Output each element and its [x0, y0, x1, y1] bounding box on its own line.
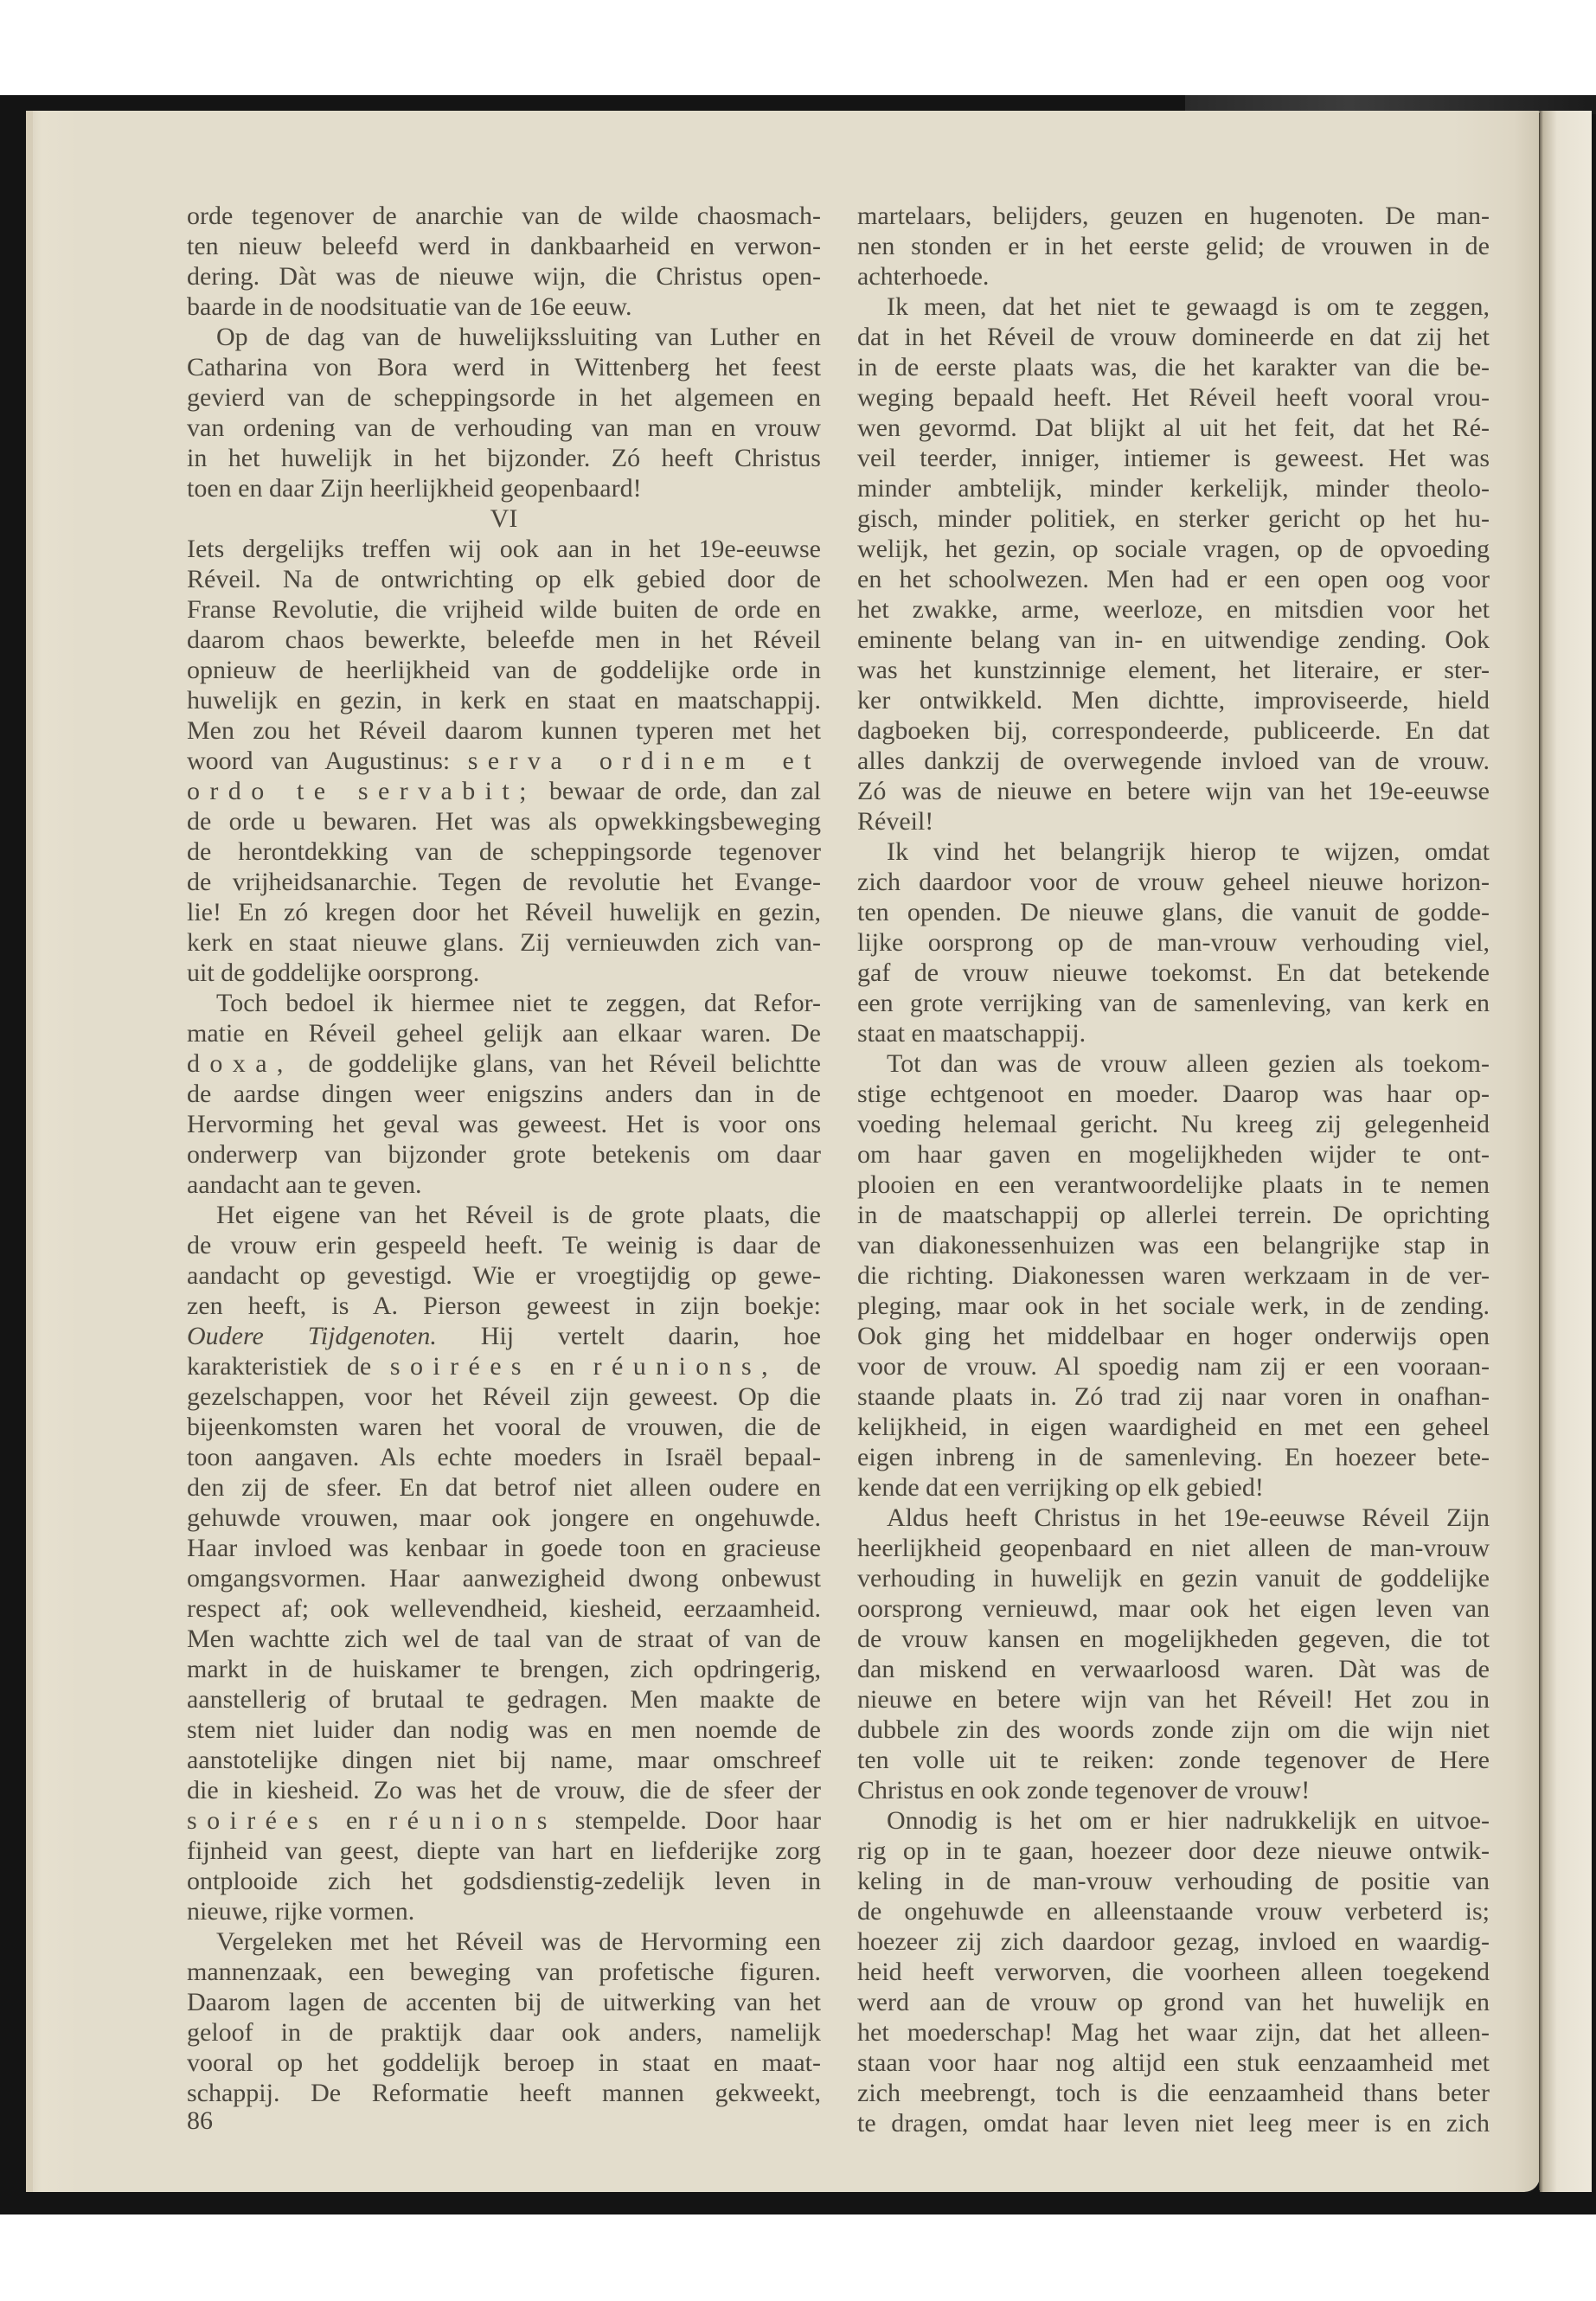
text-line: Tot dan was de vrouw alleen gezien als t…	[857, 1048, 1490, 1079]
text-line: een grote verrijking van de samenleving,…	[857, 988, 1490, 1018]
text-line: Aldus heeft Christus in het 19e-eeuwse R…	[857, 1503, 1490, 1533]
text-line: wen gevormd. Dat blijkt al uit het feit,…	[857, 413, 1490, 443]
text-line: respect af; ook wellevendheid, kiesheid,…	[187, 1593, 821, 1624]
page-edge	[26, 111, 33, 2192]
text-line: lijke oorsprong op de man-vrouw verhoudi…	[857, 927, 1490, 958]
text-line: Men zou het Réveil daarom kunnen typeren…	[187, 715, 821, 746]
text-line: Christus en ook zonde tegenover de vrouw…	[857, 1775, 1490, 1805]
text-line: VI	[187, 503, 821, 534]
text-line: de vrijheidsanarchie. Tegen de revolutie…	[187, 867, 821, 897]
text-line: gaf de vrouw nieuwe toekomst. En dat bet…	[857, 958, 1490, 988]
text-line: in de maatschappij op allerlei terrein. …	[857, 1200, 1490, 1230]
text-line: voeding helemaal gericht. Nu kreeg zij g…	[857, 1109, 1490, 1139]
text-line: Het eigene van het Réveil is de grote pl…	[187, 1200, 821, 1230]
text-line: opnieuw de heerlijkheid van de goddelijk…	[187, 655, 821, 685]
text-line: alles dankzij de overwegende invloed van…	[857, 746, 1490, 776]
text-line: die richting. Diakonessen waren werkzaam…	[857, 1260, 1490, 1291]
text-line: mannenzaak, een beweging van profetische…	[187, 1957, 821, 1987]
text-line: Vergeleken met het Réveil was de Hervorm…	[187, 1926, 821, 1957]
text-line: dubbele zin des woords zonde zijn om die…	[857, 1715, 1490, 1745]
text-line: eigen inbreng in de samenleving. En hoez…	[857, 1442, 1490, 1472]
text-line: toen en daar Zijn heerlijkheid geopenbaa…	[187, 473, 821, 503]
text-line: Ik vind het belangrijk hierop te wijzen,…	[857, 836, 1490, 867]
text-line: ontplooide zich het godsdienstig-zedelij…	[187, 1866, 821, 1896]
text-line: dan miskend en verwaarloosd waren. Dàt w…	[857, 1654, 1490, 1684]
text-line: Catharina von Bora werd in Wittenberg he…	[187, 352, 821, 382]
text-line: en het schoolwezen. Men had er een open …	[857, 564, 1490, 594]
page-number: 86	[187, 2106, 213, 2136]
text-line: nieuwe en betere wijn van het Réveil! He…	[857, 1684, 1490, 1715]
text-line: martelaars, belijders, geuzen en hugenot…	[857, 201, 1490, 231]
text-line: gezelschappen, voor het Réveil zijn gewe…	[187, 1381, 821, 1412]
text-line: het moederschap! Mag het waar zijn, dat …	[857, 2017, 1490, 2048]
text-line: de orde u bewaren. Het was als opwekking…	[187, 806, 821, 836]
text-line: zich meebrengt, toch is die eenzaamheid …	[857, 2078, 1490, 2108]
text-line: gisch, minder politiek, en sterker geric…	[857, 503, 1490, 534]
text-line: de vrouw kansen en mogelijkheden gegeven…	[857, 1624, 1490, 1654]
text-line: rig op in te gaan, hoezeer door deze nie…	[857, 1836, 1490, 1866]
text-line: ten nieuw beleefd werd in dankbaarheid e…	[187, 231, 821, 261]
text-line: staan voor haar nog altijd een stuk eenz…	[857, 2048, 1490, 2078]
text-line: Ik meen, dat het niet te gewaagd is om t…	[857, 292, 1490, 322]
text-line: heid heeft verworven, die voorheen allee…	[857, 1957, 1490, 1987]
text-line: Iets dergelijks treffen wij ook aan in h…	[187, 534, 821, 564]
text-line: keling in de man-vrouw verhouding de pos…	[857, 1866, 1490, 1896]
text-line: Ook ging het middelbaar en hoger onderwi…	[857, 1321, 1490, 1351]
text-line: voor de vrouw. Al spoedig nam zij er een…	[857, 1351, 1490, 1381]
text-line: karakteristiek de soirées en réunions, d…	[187, 1351, 821, 1381]
text-line: aandacht aan te geven.	[187, 1170, 821, 1200]
text-line: matie en Réveil geheel gelijk aan elkaar…	[187, 1018, 821, 1048]
text-line: nen stonden er in het eerste gelid; de v…	[857, 231, 1490, 261]
text-line: welijk, het gezin, op sociale vragen, op…	[857, 534, 1490, 564]
text-line: markt in de huiskamer te brengen, zich o…	[187, 1654, 821, 1684]
text-line: Réveil!	[857, 806, 1490, 836]
book-spine	[1540, 111, 1592, 2192]
text-line: geloof in de praktijk daar ook anders, n…	[187, 2017, 821, 2048]
text-line: lie! En zó kregen door het Réveil huweli…	[187, 897, 821, 927]
text-line: kelijkheid, in eigen waardigheid en met …	[857, 1412, 1490, 1442]
book-page: orde tegenover de anarchie van de wilde …	[26, 111, 1540, 2192]
text-line: die in kiesheid. Zo was het de vrouw, di…	[187, 1775, 821, 1805]
text-line: de herontdekking van de scheppingsorde t…	[187, 836, 821, 867]
text-line: uit de goddelijke oorsprong.	[187, 958, 821, 988]
text-line: dering. Dàt was de nieuwe wijn, die Chri…	[187, 261, 821, 292]
text-line: staande plaats in. Zó trad zij naar vore…	[857, 1381, 1490, 1412]
text-line: nieuwe, rijke vormen.	[187, 1896, 821, 1926]
text-line: huwelijk en gezin, in kerk en staat en m…	[187, 685, 821, 715]
text-line: dat in het Réveil de vrouw domineerde en…	[857, 322, 1490, 352]
text-line: achterhoede.	[857, 261, 1490, 292]
text-line: stem niet luider dan nodig was en men no…	[187, 1715, 821, 1745]
text-line: minder ambtelijk, minder kerkelijk, mind…	[857, 473, 1490, 503]
text-line: staat en maatschappij.	[857, 1018, 1490, 1048]
text-line: kerk en staat nieuwe glans. Zij vernieuw…	[187, 927, 821, 958]
text-line: Zó was de nieuwe en betere wijn van het …	[857, 776, 1490, 806]
text-line: Toch bedoel ik hiermee niet te zeggen, d…	[187, 988, 821, 1018]
text-line: Hervorming het geval was geweest. Het is…	[187, 1109, 821, 1139]
text-line: soirées en réunions stempelde. Door haar	[187, 1805, 821, 1836]
text-line: eminente belang van in- en uitwendige ze…	[857, 625, 1490, 655]
text-line: stige echtgenoot en moeder. Daarop was h…	[857, 1079, 1490, 1109]
text-line: woord van Augustinus: serva ordinem et	[187, 746, 821, 776]
text-line: ten openden. De nieuwe glans, die vanuit…	[857, 897, 1490, 927]
text-line: orde tegenover de anarchie van de wilde …	[187, 201, 821, 231]
text-line: fijnheid van geest, diepte van hart en l…	[187, 1836, 821, 1866]
text-line: ten volle uit te reiken: zonde tegenover…	[857, 1745, 1490, 1775]
text-line: baarde in de noodsituatie van de 16e eeu…	[187, 292, 821, 322]
text-line: zen heeft, is A. Pierson geweest in zijn…	[187, 1291, 821, 1321]
text-line: hoezeer zij zich daardoor gezag, invloed…	[857, 1926, 1490, 1957]
text-line: Op de dag van de huwelijkssluiting van L…	[187, 322, 821, 352]
text-line: van diakonessenhuizen was een belangrijk…	[857, 1230, 1490, 1260]
text-line: weging bepaald heeft. Het Réveil heeft v…	[857, 382, 1490, 413]
text-line: gevierd van de scheppingsorde in het alg…	[187, 382, 821, 413]
text-line: plooien en een verantwoordelijke plaats …	[857, 1170, 1490, 1200]
text-line: toon aangaven. Als echte moeders in Isra…	[187, 1442, 821, 1472]
text-line: aanstellerig of brutaal te gedragen. Men…	[187, 1684, 821, 1715]
text-line: werd aan de vrouw op grond van het huwel…	[857, 1987, 1490, 2017]
text-line: aandacht op gevestigd. Wie er vroegtijdi…	[187, 1260, 821, 1291]
text-line: verhouding in huwelijk en gezin vanuit d…	[857, 1563, 1490, 1593]
text-line: van ordening van de verhouding van man e…	[187, 413, 821, 443]
text-line: zich daardoor voor de vrouw geheel nieuw…	[857, 867, 1490, 897]
text-line: de aardse dingen weer enigszins anders d…	[187, 1079, 821, 1109]
text-line: ordo te servabit; bewaar de orde, dan za…	[187, 776, 821, 806]
text-line: Franse Revolutie, die vrijheid wilde bui…	[187, 594, 821, 625]
text-line: in het huwelijk in het bijzonder. Zó hee…	[187, 443, 821, 473]
text-line: daarom chaos bewerkte, beleefde men in h…	[187, 625, 821, 655]
text-line: den zij de sfeer. En dat betrof niet all…	[187, 1472, 821, 1503]
text-line: was het kunstzinnige element, het litera…	[857, 655, 1490, 685]
text-line: onderwerp van bijzonder grote betekenis …	[187, 1139, 821, 1170]
text-line: te dragen, omdat haar leven niet leeg me…	[857, 2108, 1490, 2138]
text-line: kende dat een verrijking op elk gebied!	[857, 1472, 1490, 1503]
text-line: doxa, de goddelijke glans, van het Révei…	[187, 1048, 821, 1079]
text-line: bijeenkomsten waren het vooral de vrouwe…	[187, 1412, 821, 1442]
text-line: Oudere Tijdgenoten. Hij vertelt daarin, …	[187, 1321, 821, 1351]
text-line: oorsprong vernieuwd, maar ook het eigen …	[857, 1593, 1490, 1624]
text-line: pleging, maar ook in het sociale werk, i…	[857, 1291, 1490, 1321]
text-line: veil teerder, inniger, intiemer is gewee…	[857, 443, 1490, 473]
text-line: gehuwde vrouwen, maar ook jongere en ong…	[187, 1503, 821, 1533]
text-line: Daarom lagen de accenten bij de uitwerki…	[187, 1987, 821, 2017]
text-line: het zwakke, arme, weerloze, en mitsdien …	[857, 594, 1490, 625]
text-line: vooral op het goddelijk beroep in staat …	[187, 2048, 821, 2078]
text-line: Réveil. Na de ontwrichting op elk gebied…	[187, 564, 821, 594]
text-line: om haar gaven en mogelijkheden wijder te…	[857, 1139, 1490, 1170]
text-line: heerlijkheid geopenbaard en niet alleen …	[857, 1533, 1490, 1563]
text-line: in de eerste plaats was, die het karakte…	[857, 352, 1490, 382]
text-line: Men wachtte zich wel de taal van de stra…	[187, 1624, 821, 1654]
text-line: dagboeken bij, correspondeerde, publicee…	[857, 715, 1490, 746]
text-line: aanstotelijke dingen niet bij name, maar…	[187, 1745, 821, 1775]
text-line: schappij. De Reformatie heeft mannen gek…	[187, 2078, 821, 2108]
text-line: omgangsvormen. Haar aanwezigheid dwong o…	[187, 1563, 821, 1593]
text-line: de ongehuwde en alleenstaande vrouw verb…	[857, 1896, 1490, 1926]
text-line: Onnodig is het om er hier nadrukkelijk e…	[857, 1805, 1490, 1836]
text-line: Haar invloed was kenbaar in goede toon e…	[187, 1533, 821, 1563]
text-line: ker ontwikkeld. Men dichtte, improviseer…	[857, 685, 1490, 715]
text-line: de vrouw erin gespeeld heeft. Te weinig …	[187, 1230, 821, 1260]
